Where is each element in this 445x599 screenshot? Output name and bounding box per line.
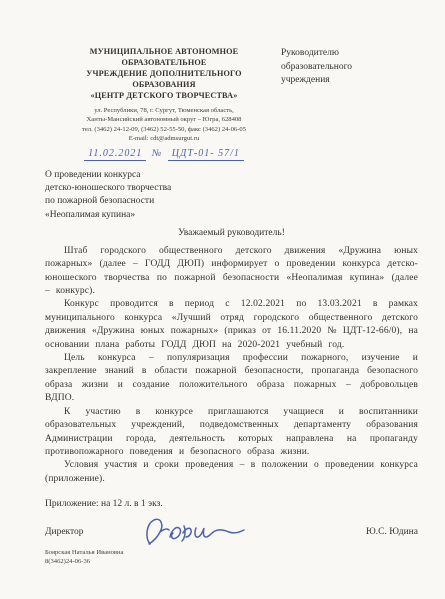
org-contact-details: ул. Республики, 78, г. Сургут, Тюменская… (30, 106, 298, 144)
subject-line: детско-юношеского творчества (45, 182, 245, 195)
body-paragraph: Цель конкурса – популяризация профессии … (45, 352, 418, 406)
letter-subject: О проведении конкурса детско-юношеского … (45, 169, 245, 222)
email-line: E-mail: cdt@admsurgut.ru (30, 134, 298, 143)
executor-contact: Боярская Наталья Ивановна 8(3462)24-06-3… (45, 548, 123, 566)
registration-number: ЦДТ-01- 57/1 (168, 148, 244, 161)
org-name-line: ОБРАЗОВАНИЯ (48, 79, 280, 90)
org-name-line: МУНИЦИПАЛЬНОЕ АВТОНОМНОЕ (48, 46, 280, 57)
recipient-line: учреждения (281, 74, 421, 88)
org-name: МУНИЦИПАЛЬНОЕ АВТОНОМНОЕ ОБРАЗОВАТЕЛЬНОЕ… (48, 46, 280, 101)
signer-position: Директор (45, 527, 84, 537)
body-paragraph: Конкурс проводится в период с 12.02.2021… (45, 298, 418, 352)
subject-line: по пожарной безопасности (45, 195, 245, 208)
signer-name: Ю.С. Юдина (366, 527, 418, 537)
executor-phone: 8(3462)24-06-36 (45, 557, 123, 566)
subject-line: «Неопалимая купина» (45, 209, 245, 222)
subject-line: О проведении конкурса (45, 169, 245, 182)
recipient-address: Руководителю образовательного учреждения (281, 47, 421, 88)
attachment-note: Приложение: на 12 л. в 1 экз. (45, 499, 418, 509)
letter-page: МУНИЦИПАЛЬНОЕ АВТОНОМНОЕ ОБРАЗОВАТЕЛЬНОЕ… (0, 0, 445, 599)
registration-number-label: № (150, 148, 164, 159)
body-paragraph: Штаб городского общественного детского д… (45, 245, 418, 299)
registration-line: 11.02.2021 № ЦДТ-01- 57/1 (30, 148, 298, 159)
org-name-line: «ЦЕНТР ДЕТСКОГО ТВОРЧЕСТВА» (48, 90, 280, 101)
address-line: Ханты-Мансийский автономный округ – Югра… (30, 115, 298, 124)
recipient-line: образовательного (281, 61, 421, 75)
org-name-line: ОБРАЗОВАТЕЛЬНОЕ (48, 57, 280, 68)
address-line: ул. Республики, 78, г. Сургут, Тюменская… (30, 106, 298, 115)
body-paragraph: Условия участия и сроки проведения – в п… (45, 459, 418, 486)
letter-body: Штаб городского общественного детского д… (45, 245, 418, 486)
address-line: тел. (3462) 24-12-09, (3462) 52-55-50, ф… (30, 125, 298, 134)
recipient-line: Руководителю (281, 47, 421, 61)
executor-name: Боярская Наталья Ивановна (45, 548, 123, 557)
registration-date: 11.02.2021 (84, 148, 146, 161)
org-name-line: УЧРЕЖДЕНИЕ ДОПОЛНИТЕЛЬНОГО (48, 68, 280, 79)
director-signature-handwriting-icon (140, 513, 250, 556)
salutation: Уважаемый руководитель! (45, 228, 418, 238)
body-paragraph: К участию в конкурсе приглашаются учащие… (45, 406, 418, 460)
